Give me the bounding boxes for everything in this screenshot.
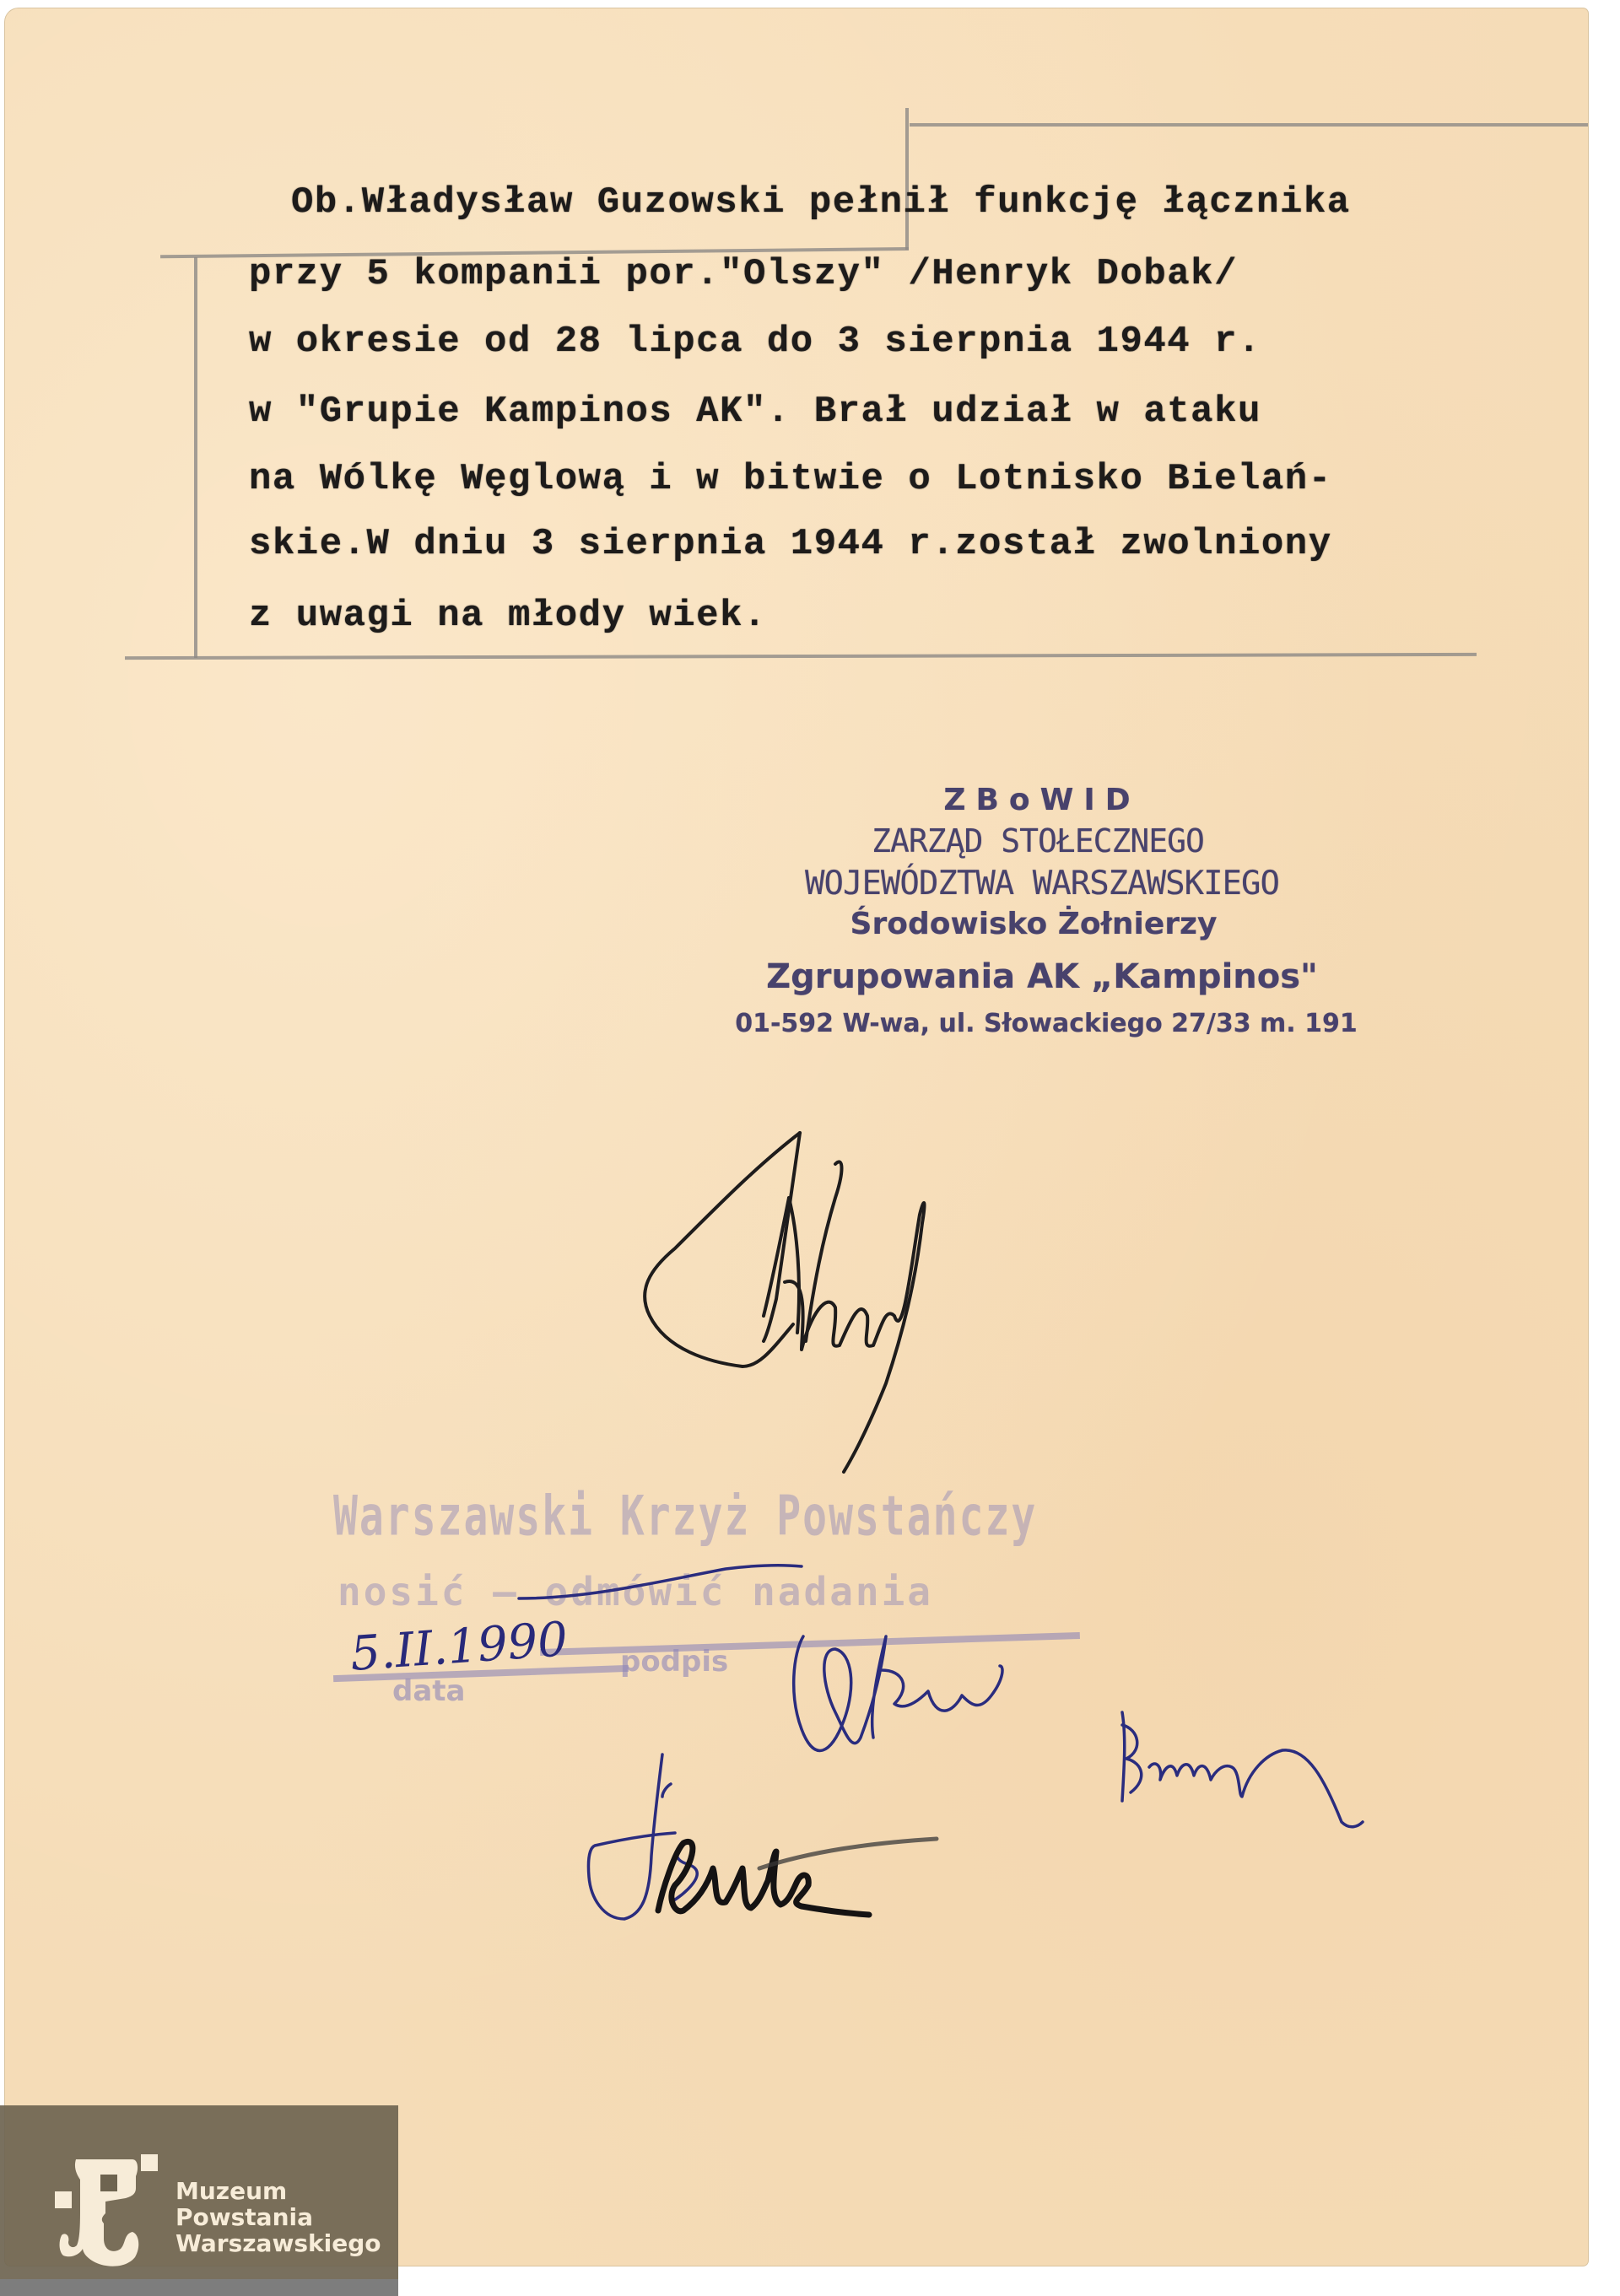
typed-line-4: w "Grupie Kampinos AK". Brał udział w at…: [249, 391, 1261, 433]
museum-name: Muzeum Powstania Warszawskiego: [175, 2178, 381, 2256]
watermark-bottom-strip: [0, 2279, 398, 2296]
typed-line-3: w okresie od 28 lipca do 3 sierpnia 1944…: [249, 321, 1261, 363]
stamp-line-wojewodztwa: WOJEWÓDZTWA WARSZAWSKIEGO: [713, 865, 1371, 903]
bracket-line-left-vertical: [194, 257, 197, 658]
typed-line-2: przy 5 kompanii por."Olszy" /Henryk Doba…: [249, 253, 1238, 295]
museum-name-line-2: Powstania: [175, 2204, 381, 2230]
bracket-line-upper-vertical: [905, 108, 909, 250]
bracket-line-top: [910, 123, 1588, 127]
faded-stamp-line-1: Warszawski Krzyż Powstańczy: [333, 1485, 1037, 1549]
faded-stamp-line-2: nosić — odmówić nadania: [337, 1569, 933, 1614]
faded-date-label: data: [392, 1674, 465, 1708]
anchor-logo-icon: [55, 2154, 165, 2268]
typed-line-6: skie.W dniu 3 sierpnia 1944 r.został zwo…: [249, 523, 1332, 565]
typed-line-5: na Wólkę Węglową i w bitwie o Lotnisko B…: [249, 458, 1332, 500]
museum-name-line-3: Warszawskiego: [175, 2230, 381, 2256]
faded-signature-label: podpis: [620, 1645, 728, 1679]
stamp-line-zgrupowania: Zgrupowania AK „Kampinos": [730, 957, 1354, 996]
stamp-line-zarzad: ZARZĄD STOŁECZNEGO: [802, 822, 1274, 860]
museum-watermark: Muzeum Powstania Warszawskiego: [0, 2105, 398, 2296]
stamp-line-address: 01-592 W-wa, ul. Słowackiego 27/33 m. 19…: [713, 1009, 1380, 1038]
typed-line-7: z uwagi na młody wiek.: [249, 595, 767, 637]
museum-name-line-1: Muzeum: [175, 2178, 381, 2204]
stamp-line-zbowid: ZBoWID: [907, 783, 1177, 817]
stamp-line-srodowisko: Środowisko Żołnierzy: [797, 907, 1270, 941]
typed-line-1: Ob.Władysław Guzowski pełnił funkcję łąc…: [291, 181, 1351, 224]
